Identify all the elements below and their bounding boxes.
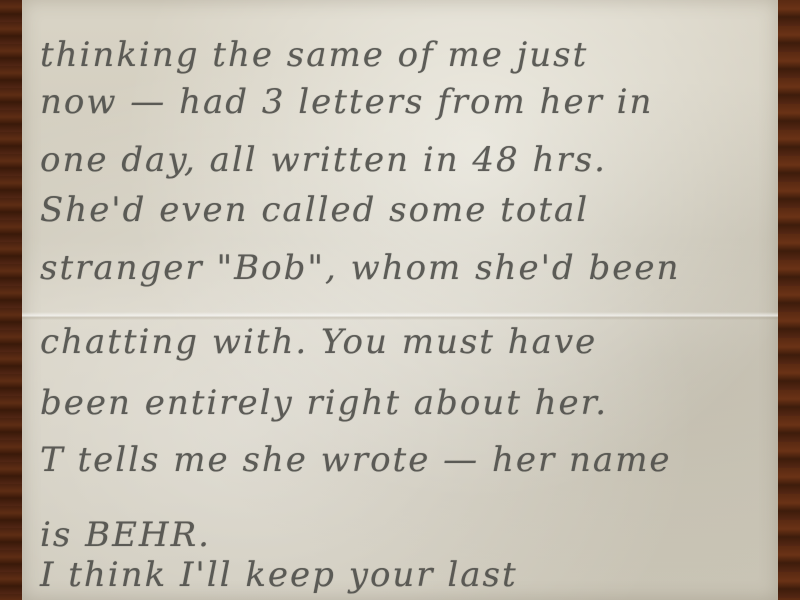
letter-line: thinking the same of me just [40,35,588,75]
letter-line: I think I'll keep your last [40,555,518,595]
paper-fold-crease [22,312,778,320]
letter-line: now — had 3 letters from her in [40,82,653,122]
letter-line: been entirely right about her. [40,383,608,423]
handwritten-letter-page: thinking the same of me just now — had 3… [22,0,778,600]
letter-line: T tells me she wrote — her name [40,440,672,480]
letter-line: one day, all written in 48 hrs. [40,140,607,180]
letter-line: She'd even called some total [40,190,589,230]
letter-line: is BEHR. [40,515,211,555]
letter-line: chatting with. You must have [40,322,597,362]
letter-line: stranger "Bob", whom she'd been [40,248,680,288]
wooden-table-right [778,0,800,600]
wooden-table-left [0,0,22,600]
